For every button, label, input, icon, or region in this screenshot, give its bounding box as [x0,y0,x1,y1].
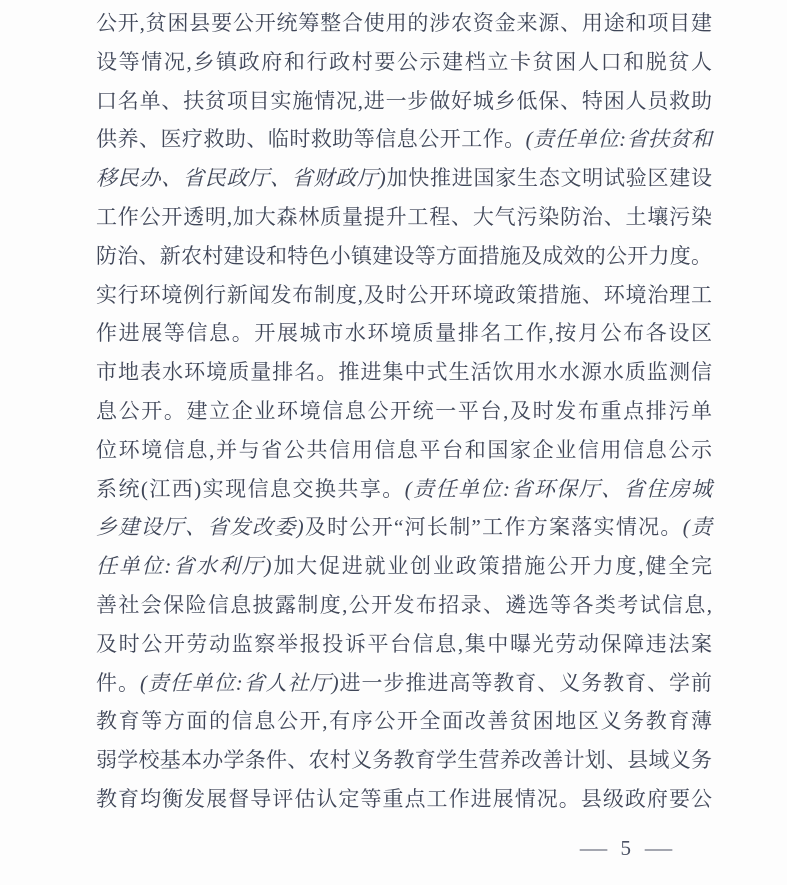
responsibility-unit-text: (责 [683,515,712,539]
responsibility-unit-text: 乡建设厅、省发改委) [96,515,304,539]
page-number: 5 [621,836,632,860]
text-line: 系统(江西)实现信息交换共享。(责任单位:省环保厅、省住房城 [96,470,712,509]
responsibility-unit-text: 任单位:省水利厅) [96,554,272,578]
body-text: 口名单、扶贫项目实施情况,进一步做好城乡低保、特困人员救助 [96,89,712,113]
responsibility-unit-text: 移民办、省民政厅、省财政厅) [96,166,386,190]
text-line: 善社会保险信息披露制度,公开发布招录、遴选等各类考试信息, [96,586,712,625]
text-line: 及时公开劳动监察举报投诉平台信息,集中曝光劳动保障违法案 [96,625,712,664]
body-text: 弱学校基本办学条件、农村义务教育学生营养改善计划、县域义务 [96,748,712,772]
text-line: 位环境信息,并与省公共信用信息平台和国家企业信用信息公示 [96,431,712,470]
text-line: 弱学校基本办学条件、农村义务教育学生营养改善计划、县域义务 [96,741,712,780]
body-text: 位环境信息,并与省公共信用信息平台和国家企业信用信息公示 [96,438,712,462]
body-text: 教育均衡发展督导评估认定等重点工作进展情况。县级政府要公 [96,787,712,811]
body-text: 设等情况,乡镇政府和行政村要公示建档立卡贫困人口和脱贫人 [96,50,712,74]
body-text: 供养、医疗救助、临时救助等信息公开工作。 [96,127,526,151]
text-line: 公开,贫困县要公开统筹整合使用的涉农资金来源、用途和项目建 [96,4,712,43]
body-text: 市地表水环境质量排名。推进集中式生活饮用水水源水质监测信 [96,360,712,384]
text-line: 息公开。建立企业环境信息公开统一平台,及时发布重点排污单 [96,392,712,431]
document-page: 公开,贫困县要公开统筹整合使用的涉农资金来源、用途和项目建设等情况,乡镇政府和行… [0,0,787,885]
body-text: 公开,贫困县要公开统筹整合使用的涉农资金来源、用途和项目建 [96,11,712,35]
text-line: 口名单、扶贫项目实施情况,进一步做好城乡低保、特困人员救助 [96,82,712,121]
text-line: 乡建设厅、省发改委)及时公开“河长制”工作方案落实情况。(责 [96,508,712,547]
text-line: 教育均衡发展督导评估认定等重点工作进展情况。县级政府要公 [96,780,712,819]
body-text: 加大促进就业创业政策措施公开力度,健全完 [272,554,713,578]
text-line: 设等情况,乡镇政府和行政村要公示建档立卡贫困人口和脱贫人 [96,43,712,82]
body-text: 及时公开“河长制”工作方案落实情况。 [304,515,683,539]
responsibility-unit-text: (责任单位:省人社厅) [140,671,339,695]
responsibility-unit-text: (责任单位:省环保厅、省住房城 [405,477,712,501]
document-body: 公开,贫困县要公开统筹整合使用的涉农资金来源、用途和项目建设等情况,乡镇政府和行… [96,4,712,819]
text-line: 工作公开透明,加大森林质量提升工程、大气污染防治、土壤污染 [96,198,712,237]
body-text: 善社会保险信息披露制度,公开发布招录、遴选等各类考试信息, [96,593,712,617]
body-text: 工作公开透明,加大森林质量提升工程、大气污染防治、土壤污染 [96,205,712,229]
body-text: 息公开。建立企业环境信息公开统一平台,及时发布重点排污单 [96,399,712,423]
body-text: 件。 [96,671,140,695]
body-text: 及时公开劳动监察举报投诉平台信息,集中曝光劳动保障违法案 [96,632,712,656]
body-text: 系统(江西)实现信息交换共享。 [96,477,405,501]
responsibility-unit-text: (责任单位:省扶贫和 [526,127,712,151]
body-text: 加快推进国家生态文明试验区建设 [386,166,712,190]
footer-right-dash: — [645,836,672,860]
text-line: 市地表水环境质量排名。推进集中式生活饮用水水源水质监测信 [96,353,712,392]
text-line: 件。(责任单位:省人社厅)进一步推进高等教育、义务教育、学前 [96,664,712,703]
body-text: 作进展等信息。开展城市水环境质量排名工作,按月公布各设区 [96,321,712,345]
footer-left-dash: — [579,836,606,860]
text-line: 防治、新农村建设和特色小镇建设等方面措施及成效的公开力度。 [96,237,712,276]
body-text: 实行环境例行新闻发布制度,及时公开环境政策措施、环境治理工 [96,283,712,307]
text-line: 作进展等信息。开展城市水环境质量排名工作,按月公布各设区 [96,314,712,353]
page-footer: — 5 — [583,836,670,860]
text-line: 教育等方面的信息公开,有序公开全面改善贫困地区义务教育薄 [96,702,712,741]
body-text: 进一步推进高等教育、义务教育、学前 [339,671,712,695]
text-line: 任单位:省水利厅)加大促进就业创业政策措施公开力度,健全完 [96,547,712,586]
text-line: 移民办、省民政厅、省财政厅)加快推进国家生态文明试验区建设 [96,159,712,198]
text-line: 供养、医疗救助、临时救助等信息公开工作。(责任单位:省扶贫和 [96,120,712,159]
body-text: 教育等方面的信息公开,有序公开全面改善贫困地区义务教育薄 [96,709,712,733]
text-line: 实行环境例行新闻发布制度,及时公开环境政策措施、环境治理工 [96,276,712,315]
body-text: 防治、新农村建设和特色小镇建设等方面措施及成效的公开力度。 [96,244,712,268]
